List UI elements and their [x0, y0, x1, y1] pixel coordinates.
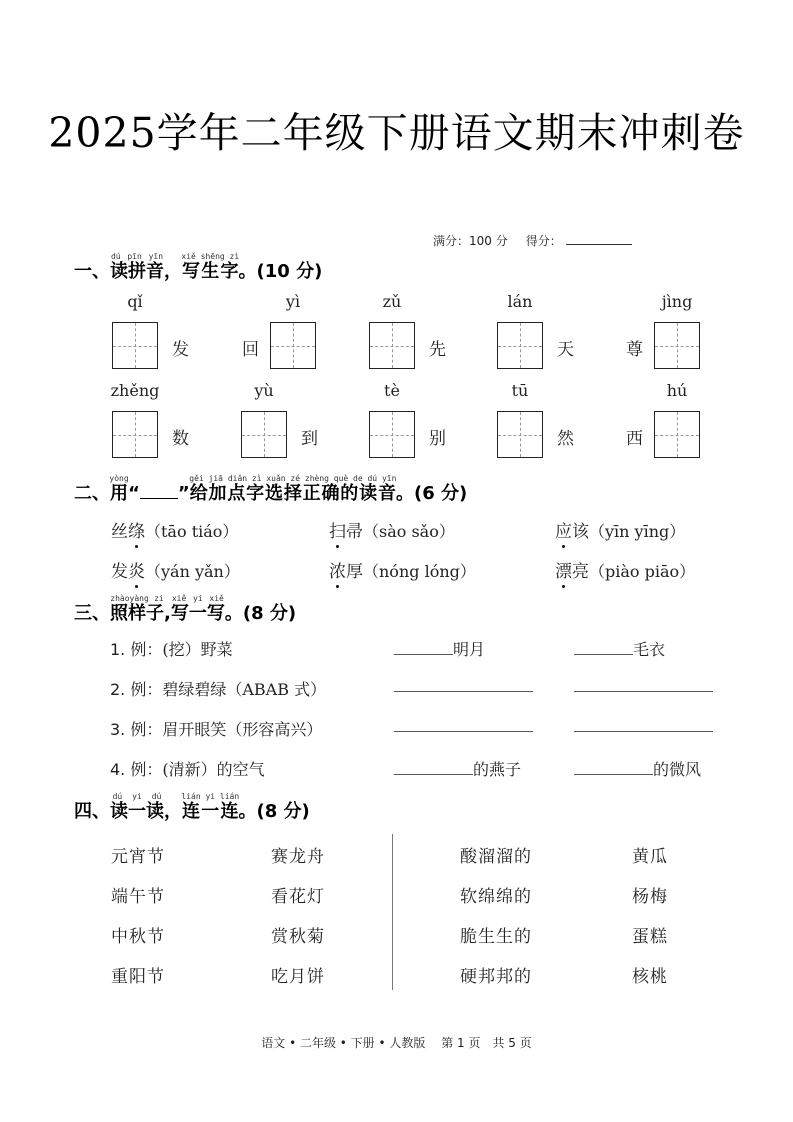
answer-blank[interactable]: [574, 677, 713, 692]
context-char: 数: [172, 424, 189, 449]
match-item-left-a[interactable]: 端午节: [111, 882, 165, 907]
example-text: 例：碧绿碧绿（ABAB 式）: [130, 680, 326, 699]
answer-blank[interactable]: [574, 760, 653, 775]
answer-suffix: 的燕子: [473, 760, 521, 779]
writing-box[interactable]: [654, 411, 700, 458]
char: 发: [111, 562, 128, 582]
section-2-heading: 二、用yòng“”给加点字选择正确的读音gěi jiā diǎn zì xuǎn…: [74, 474, 467, 505]
char: 丝: [111, 522, 128, 542]
writing-box[interactable]: [497, 322, 543, 369]
pinyin-label: qǐ: [110, 292, 160, 311]
char: 亮: [572, 562, 589, 582]
full-score-label: 满分：100 分: [433, 234, 508, 248]
answer-slot: 的燕子: [394, 757, 521, 780]
match-item-right-a[interactable]: 酸溜溜的: [460, 842, 532, 867]
pinyin-label: lán: [495, 292, 545, 311]
underline-sample: [140, 482, 178, 499]
answer-slot: [394, 717, 533, 736]
column-divider: [392, 834, 393, 990]
match-item-left-a[interactable]: 重阳节: [111, 962, 165, 987]
answer-suffix: 的微风: [653, 760, 701, 779]
match-item-left-b[interactable]: 吃月饼: [271, 962, 325, 987]
score-line: 满分：100 分得分：: [433, 232, 632, 249]
char: 浓: [329, 557, 346, 582]
writing-box[interactable]: [497, 411, 543, 458]
writing-box[interactable]: [112, 322, 158, 369]
pinyin-label: tè: [367, 381, 417, 400]
pinyin-options[interactable]: （tāo tiáo）: [145, 522, 238, 541]
match-item-right-a[interactable]: 硬邦邦的: [460, 962, 532, 987]
answer-slot: [574, 717, 713, 736]
example-item: 2. 例：碧绿碧绿（ABAB 式）: [110, 677, 326, 700]
pronunciation-item: 丝绦（tāo tiáo）: [111, 517, 238, 542]
match-item-right-b[interactable]: 蛋糕: [632, 922, 668, 947]
answer-blank[interactable]: [574, 640, 633, 655]
answer-blank[interactable]: [394, 760, 473, 775]
score-blank[interactable]: [566, 232, 632, 245]
answer-slot: 明月: [394, 637, 485, 660]
pronunciation-item: 发炎（yán yǎn）: [111, 557, 240, 582]
char: 绦: [128, 517, 145, 542]
answer-blank[interactable]: [394, 717, 533, 732]
context-char: 回: [242, 335, 259, 360]
match-item-right-b[interactable]: 核桃: [632, 962, 668, 987]
pronunciation-item: 应该（yīn yīng）: [555, 517, 685, 542]
match-item-left-b[interactable]: 赏秋菊: [271, 922, 325, 947]
example-item: 3. 例：眉开眼笑（形容高兴）: [110, 717, 322, 740]
match-item-left-a[interactable]: 元宵节: [111, 842, 165, 867]
score-label: 得分：: [526, 234, 562, 248]
example-text: 例：(清新）的空气: [130, 760, 264, 779]
answer-suffix: 明月: [453, 640, 485, 659]
char: 漂: [555, 557, 572, 582]
writing-box[interactable]: [654, 322, 700, 369]
page-footer: 语文 • 二年级 • 下册 • 人教版 第 1 页 共 5 页: [0, 1034, 793, 1051]
pinyin-options[interactable]: （piào piāo）: [589, 562, 695, 581]
match-item-left-b[interactable]: 看花灯: [271, 882, 325, 907]
pinyin-label: zhěng: [110, 381, 160, 400]
answer-blank[interactable]: [574, 717, 713, 732]
example-item: 4. 例：(清新）的空气: [110, 757, 265, 780]
match-item-right-a[interactable]: 软绵绵的: [460, 882, 532, 907]
context-char: 别: [429, 424, 446, 449]
pinyin-options[interactable]: （yán yǎn）: [145, 562, 240, 581]
writing-box[interactable]: [112, 411, 158, 458]
example-text: 例：眉开眼笑（形容高兴）: [130, 720, 322, 739]
answer-suffix: 毛衣: [633, 640, 665, 659]
match-item-right-a[interactable]: 脆生生的: [460, 922, 532, 947]
writing-box[interactable]: [369, 411, 415, 458]
char: 扫: [329, 517, 346, 542]
writing-box[interactable]: [270, 322, 316, 369]
answer-blank[interactable]: [394, 640, 453, 655]
section-1-heading: 一、读拼音dú pīn yīn，写生字xiě shēng zì。(10 分): [74, 252, 322, 283]
context-char: 到: [301, 424, 318, 449]
answer-slot: [394, 677, 533, 696]
pronunciation-item: 扫帚（sào sǎo）: [329, 517, 455, 542]
pinyin-label: zǔ: [367, 292, 417, 311]
pinyin-label: tū: [495, 381, 545, 400]
char: 厚: [346, 562, 363, 582]
pinyin-label: yù: [239, 381, 289, 400]
section-4-heading: 四、读一读dú yi dú，连一连lián yi lián。(8 分): [74, 792, 310, 823]
answer-slot: 的微风: [574, 757, 701, 780]
ruby-xie-sheng-zi: 写生字xiě shēng zì: [182, 261, 239, 282]
pinyin-label: jìng: [652, 292, 702, 311]
context-char: 天: [557, 335, 574, 360]
context-char: 然: [557, 424, 574, 449]
context-char: 西: [626, 424, 643, 449]
char: 应: [555, 517, 572, 542]
match-item-right-b[interactable]: 黄瓜: [632, 842, 668, 867]
section-3-heading: 三、照样子zhàoyàng zi,写一写xiě yi xiě。(8 分): [74, 594, 296, 625]
pinyin-options[interactable]: （nóng lóng）: [363, 562, 476, 581]
answer-blank[interactable]: [394, 677, 533, 692]
char: 炎: [128, 557, 145, 582]
pinyin-label: hú: [652, 381, 702, 400]
pinyin-label: yì: [268, 292, 318, 311]
page-title: 2025学年二年级下册语文期末冲刺卷: [0, 100, 793, 159]
writing-box[interactable]: [241, 411, 287, 458]
pronunciation-item: 浓厚（nóng lóng）: [329, 557, 476, 582]
example-item: 1. 例：(挖）野菜: [110, 637, 233, 660]
match-item-left-a[interactable]: 中秋节: [111, 922, 165, 947]
context-char: 先: [429, 335, 446, 360]
pronunciation-item: 漂亮（piào piāo）: [555, 557, 695, 582]
match-item-right-b[interactable]: 杨梅: [632, 882, 668, 907]
context-char: 发: [172, 335, 189, 360]
pinyin-options[interactable]: （yīn yīng）: [589, 522, 685, 541]
answer-slot: [574, 677, 713, 696]
answer-slot: 毛衣: [574, 637, 665, 660]
pinyin-options[interactable]: （sào sǎo）: [363, 522, 455, 541]
context-char: 尊: [626, 335, 643, 360]
char: 帚: [346, 522, 363, 542]
ruby-du-pin-yin: 读拼音dú pīn yīn: [110, 261, 164, 282]
writing-box[interactable]: [369, 322, 415, 369]
char: 该: [572, 522, 589, 542]
match-item-left-b[interactable]: 赛龙舟: [271, 842, 325, 867]
example-text: 例：(挖）野菜: [130, 640, 232, 659]
